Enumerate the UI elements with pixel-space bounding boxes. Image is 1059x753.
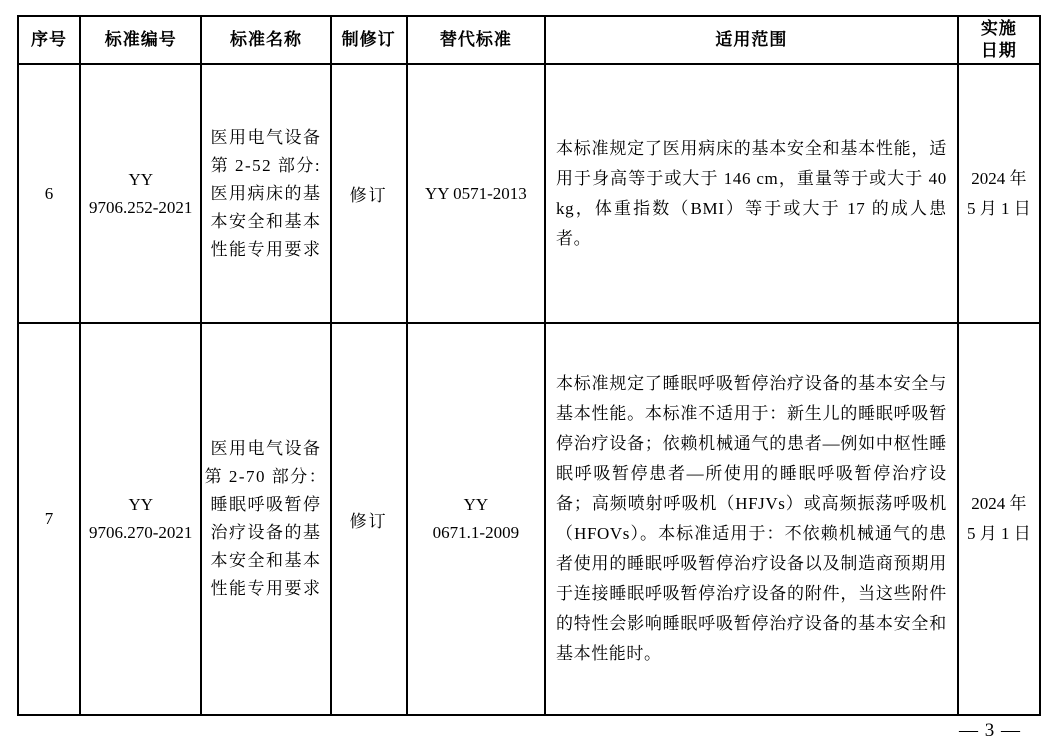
table-row: 7 YY 9706.270-2021 医用电气设备 第 2-70 部分： 睡眠呼… [18, 323, 1040, 715]
cell-scope: 本标准规定了睡眠呼吸暂停治疗设备的基本安全与基本性能。本标准不适用于：新生儿的睡… [545, 323, 958, 715]
cell-replaced-standard: YY 0571-2013 [407, 64, 545, 323]
page-number: — 3 — [959, 720, 1021, 742]
table-row: 6 YY 9706.252-2021 医用电气设备 第 2-52 部分: 医用病… [18, 64, 1040, 323]
cell-standard-no: YY 9706.252-2021 [80, 64, 201, 323]
col-header-standard-name: 标准名称 [201, 16, 330, 64]
cell-scope: 本标准规定了医用病床的基本安全和基本性能，适用于身高等于或大于 146 cm，重… [545, 64, 958, 323]
col-header-revision-type: 制修订 [331, 16, 407, 64]
cell-standard-no: YY 9706.270-2021 [80, 323, 201, 715]
table-header-row: 序号 标准编号 标准名称 制修订 替代标准 适用范围 实施 日期 [18, 16, 1040, 64]
cell-seq: 6 [18, 64, 80, 323]
cell-revision-type: 修订 [331, 64, 407, 323]
document-page: 序号 标准编号 标准名称 制修订 替代标准 适用范围 实施 日期 6 YY 97… [0, 0, 1059, 753]
col-header-replaced-standard: 替代标准 [407, 16, 545, 64]
cell-seq: 7 [18, 323, 80, 715]
col-header-standard-no: 标准编号 [80, 16, 201, 64]
cell-revision-type: 修订 [331, 323, 407, 715]
cell-implementation-date: 2024 年 5 月 1 日 [958, 64, 1040, 323]
cell-implementation-date: 2024 年 5 月 1 日 [958, 323, 1040, 715]
cell-replaced-standard: YY 0671.1-2009 [407, 323, 545, 715]
cell-standard-name: 医用电气设备 第 2-70 部分： 睡眠呼吸暂停 治疗设备的基 本安全和基本 性… [201, 323, 330, 715]
col-header-scope: 适用范围 [545, 16, 958, 64]
col-header-seq: 序号 [18, 16, 80, 64]
cell-standard-name: 医用电气设备 第 2-52 部分: 医用病床的基 本安全和基本 性能专用要求 [201, 64, 330, 323]
standards-table: 序号 标准编号 标准名称 制修订 替代标准 适用范围 实施 日期 6 YY 97… [17, 15, 1041, 716]
col-header-implementation-date: 实施 日期 [958, 16, 1040, 64]
